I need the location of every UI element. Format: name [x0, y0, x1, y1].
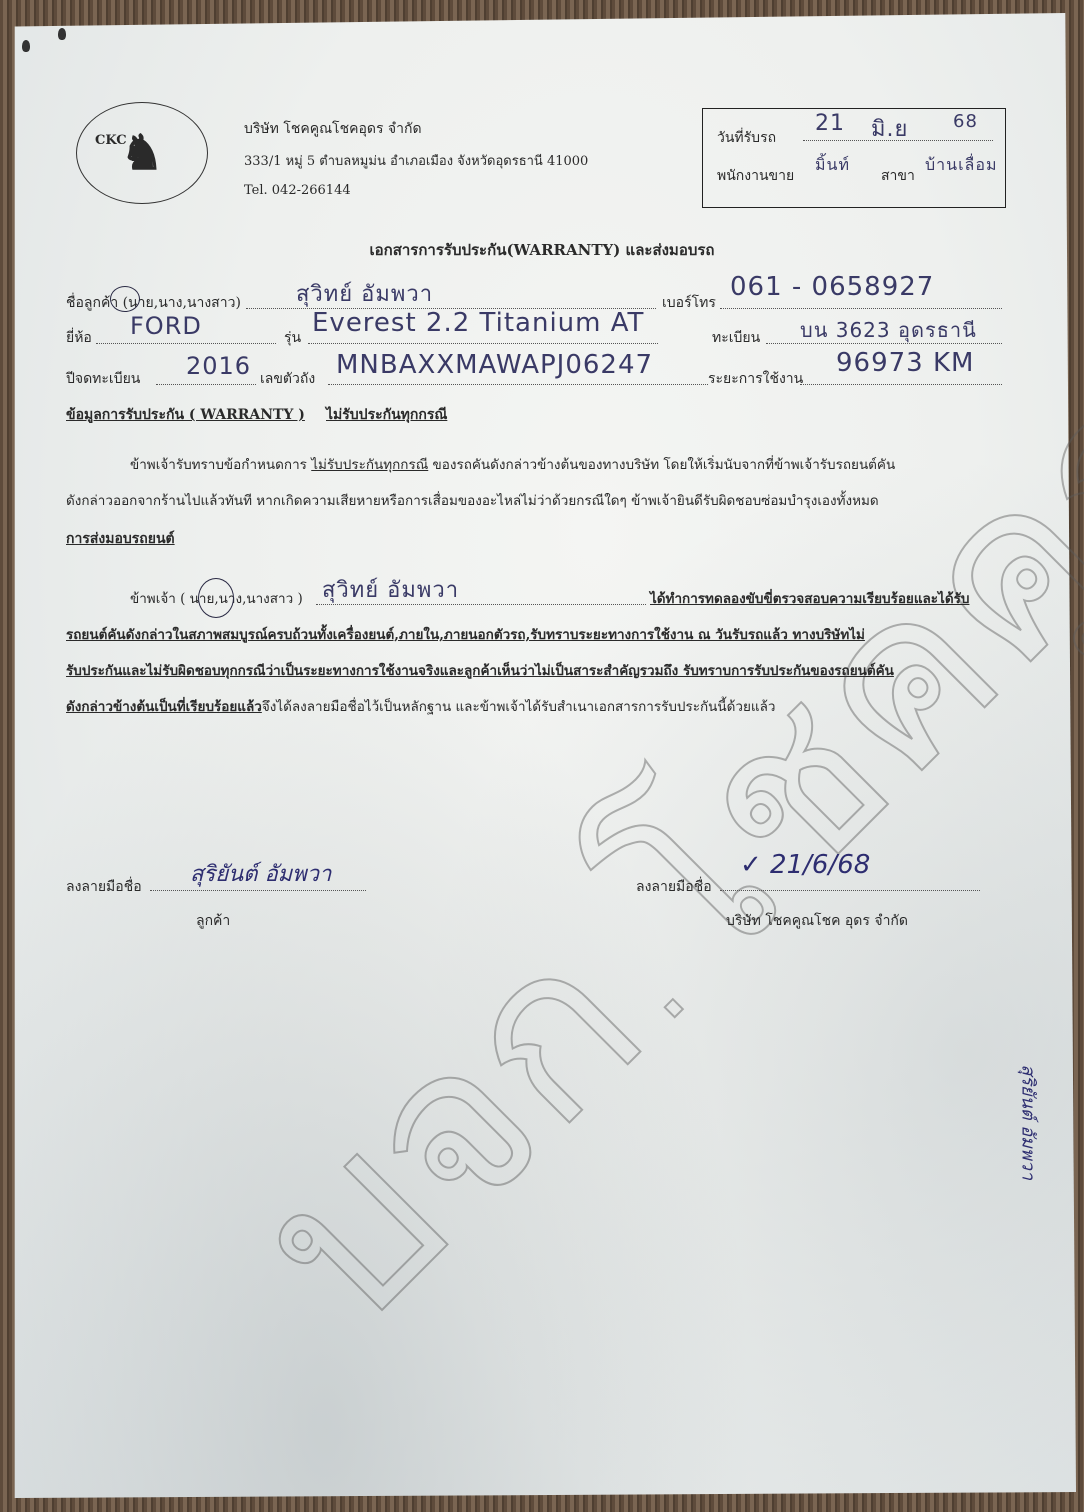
- punch-hole: [58, 28, 66, 40]
- delivery-line3: รับประกันและไม่รับผิดชอบทุกกรณีว่าเป็นระ…: [66, 656, 894, 686]
- logo-text: CKC: [95, 133, 127, 148]
- customer-name-value: สุวิทย์ อัมพวา: [296, 276, 433, 311]
- date-day: 21: [815, 111, 845, 136]
- reg-year-value: 2016: [186, 352, 251, 380]
- mileage-line: [800, 384, 1002, 385]
- date-label: วันที่รับรถ: [717, 127, 776, 149]
- plate-value: บน 3623 อุดรธานี: [800, 314, 977, 346]
- company-signature: ✓ 21/6/68: [740, 850, 870, 880]
- delivery-line4: ดังกล่าวข้างต้นเป็นที่เรียบร้อยแล้วจึงได…: [66, 692, 775, 722]
- branch-label: สาขา: [881, 165, 915, 187]
- chassis-value: MNBAXXMAWAPJ06247: [336, 350, 653, 380]
- company-name: บริษัท โชคคูณโชคอุดร จำกัด: [244, 118, 422, 140]
- delivery-line4-underlined: ดังกล่าวข้างต้นเป็นที่เรียบร้อยแล้ว: [66, 699, 262, 715]
- date-month: มิ.ย: [871, 111, 908, 146]
- phone-label: เบอร์โทร: [662, 292, 716, 314]
- company-phone: Tel. 042-266144: [244, 183, 351, 198]
- brand-label: ยี่ห้อ: [66, 327, 92, 349]
- model-label: รุ่น: [284, 327, 301, 349]
- warranty-paragraph-line1: ข้าพเจ้ารับทราบข้อกำหนดการ ไม่รับประกันท…: [130, 450, 895, 480]
- brand-line: [96, 343, 276, 344]
- company-sign-line: [720, 890, 980, 891]
- selection-circle: [110, 286, 140, 312]
- selection-circle: [198, 578, 234, 618]
- delivery-line4-rest: จึงได้ลงลายมือชื่อไว้เป็นหลักฐาน และข้าพ…: [262, 699, 776, 715]
- warranty-no-coverage: ไม่รับประกันทุกกรณี: [326, 404, 447, 426]
- salesperson-value: มิ้นท์: [815, 153, 850, 178]
- delivery-line1-tail: ได้ทำการทดลองขับขี่ตรวจสอบความเรียบร้อยแ…: [650, 584, 969, 614]
- model-value: Everest 2.2 Titanium AT: [312, 308, 644, 338]
- delivery-customer-name: สุวิทย์ อัมพวา: [322, 572, 459, 607]
- company-caption: บริษัท โชคคูณโชค อุดร จำกัด: [726, 910, 908, 932]
- customer-signature: สุริยันต์ อัมพวา: [190, 856, 331, 891]
- date-year: 68: [953, 111, 978, 132]
- customer-label: ชื่อลูกค้า (นาย,นาง,นางสาว): [66, 292, 241, 314]
- mileage-value: 96973 KM: [836, 348, 974, 378]
- phone-line: [720, 308, 1002, 309]
- customer-sign-label: ลงลายมือชื่อ: [66, 876, 142, 898]
- model-line: [308, 343, 658, 344]
- mileage-label: ระยะการใช้งาน: [708, 368, 803, 390]
- delivery-line2: รถยนต์คันดังกล่าวในสภาพสมบูรณ์ครบถ้วนทั้…: [66, 620, 865, 650]
- punch-hole: [22, 40, 30, 52]
- brand-value: FORD: [130, 312, 202, 340]
- branch-value: บ้านเลื่อม: [925, 153, 998, 178]
- delivery-heading: การส่งมอบรถยนต์: [66, 528, 175, 550]
- chassis-line: [328, 384, 708, 385]
- warranty-paragraph-line2: ดังกล่าวออกจากร้านไปแล้วทันที หากเกิดควา…: [66, 486, 879, 516]
- warranty-heading: ข้อมูลการรับประกัน ( WARRANTY ): [66, 404, 305, 426]
- reg-year-line: [156, 384, 256, 385]
- horse-icon: ♞: [120, 129, 163, 177]
- margin-signature: สุริยันต์ อัมพวา: [1015, 1064, 1044, 1180]
- warranty-no-coverage-inline: ไม่รับประกันทุกกรณี: [311, 457, 428, 473]
- receipt-info-box: วันที่รับรถ 21 มิ.ย 68 พนักงานขาย มิ้นท์…: [702, 108, 1006, 208]
- company-logo: CKC ♞: [76, 102, 208, 204]
- warranty-text: ข้าพเจ้ารับทราบข้อกำหนดการ: [130, 457, 307, 473]
- company-sign-label: ลงลายมือชื่อ: [636, 876, 712, 898]
- salesperson-label: พนักงานขาย: [717, 165, 794, 187]
- plate-label: ทะเบียน: [712, 327, 760, 349]
- warranty-text: ของรถคันดังกล่าวข้างต้นของทางบริษัท โดยใ…: [428, 457, 895, 473]
- reg-year-label: ปีจดทะเบียน: [66, 368, 140, 390]
- company-address: 333/1 หมู่ 5 ตำบลหมูม่น อำเภอเมือง จังหว…: [244, 150, 588, 171]
- customer-caption: ลูกค้า: [196, 910, 230, 932]
- chassis-label: เลขตัวถัง: [260, 368, 315, 390]
- phone-value: 061 - 0658927: [730, 272, 934, 302]
- document-title: เอกสารการรับประกัน(WARRANTY) และส่งมอบรถ: [0, 238, 1084, 262]
